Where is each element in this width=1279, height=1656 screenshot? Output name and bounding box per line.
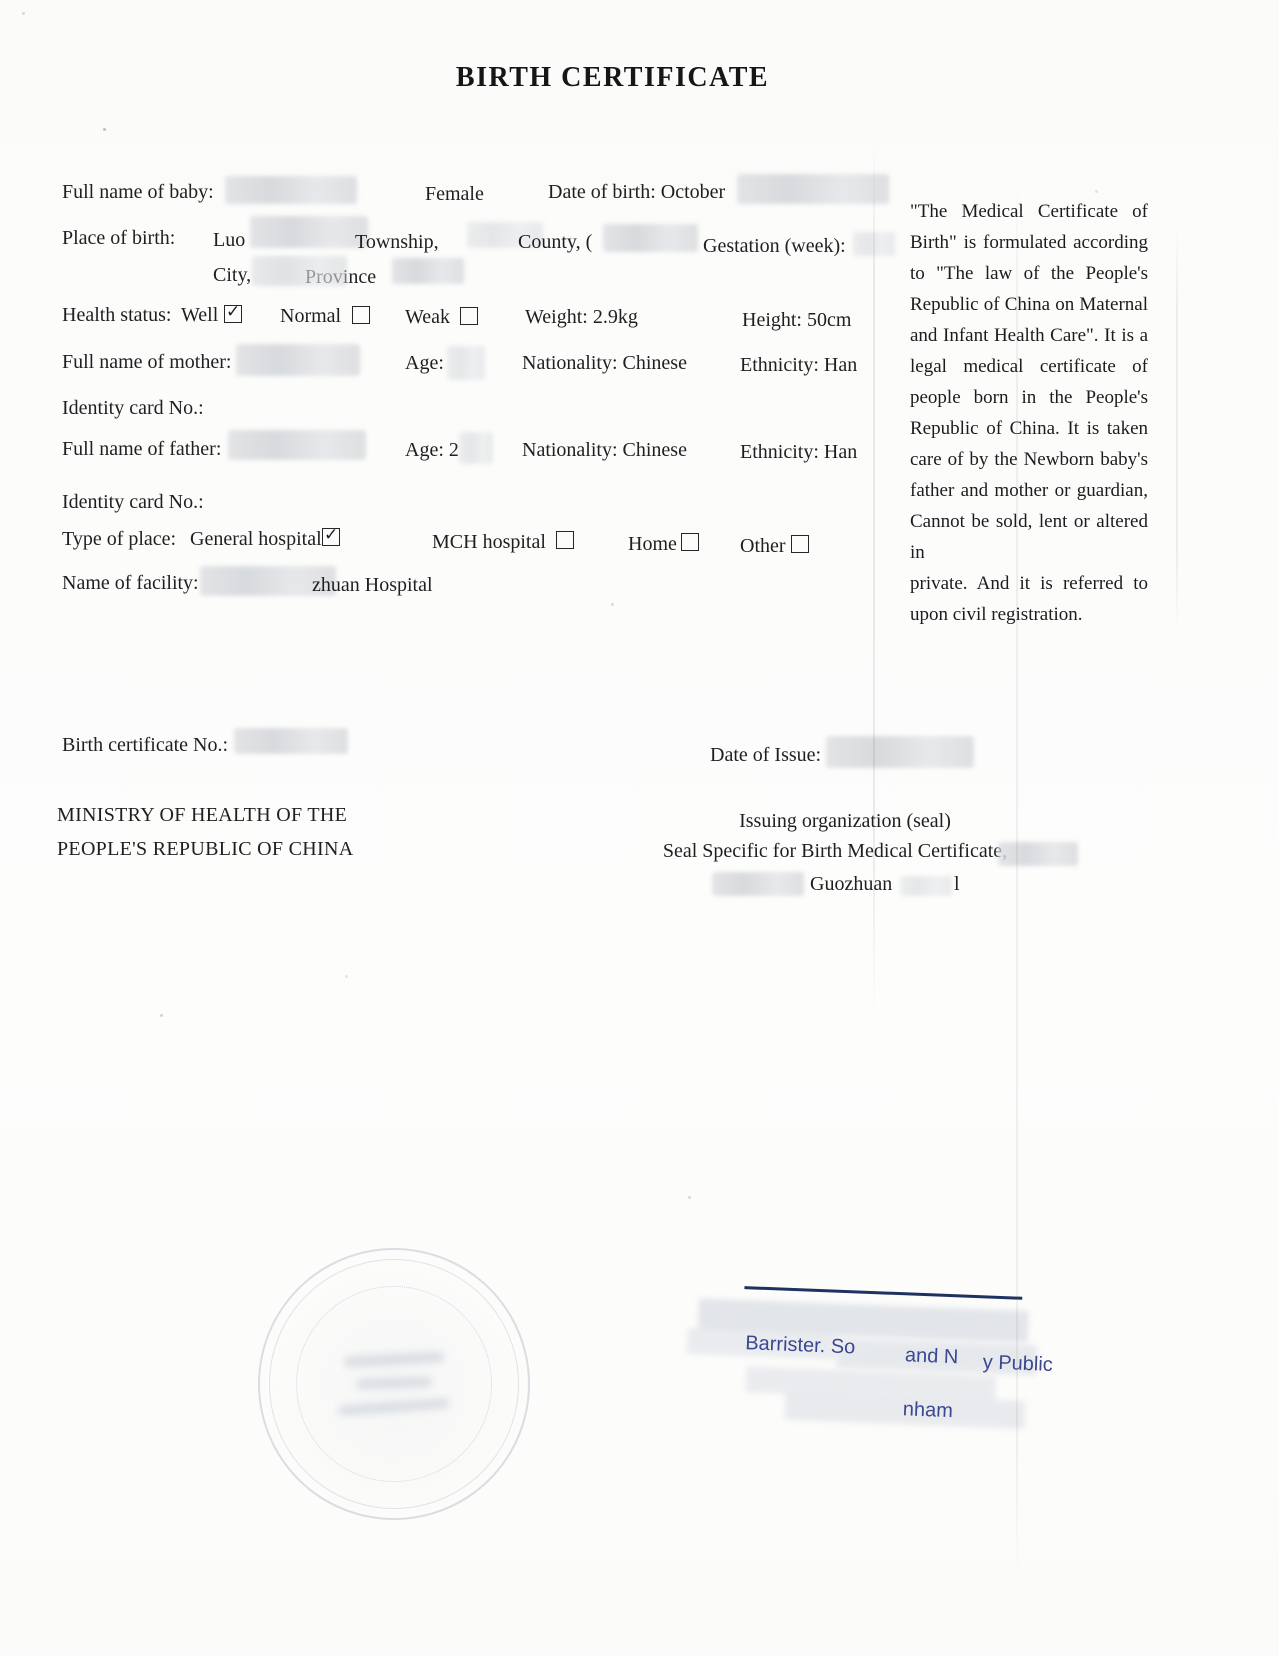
weak-checkbox bbox=[460, 307, 478, 325]
father-ethnicity: Ethnicity: Han bbox=[740, 440, 857, 464]
notice-paragraph: "The Medical Certificate ofBirth" is for… bbox=[910, 196, 1148, 630]
father-identity-label: Identity card No.: bbox=[62, 490, 204, 514]
mother-nationality: Nationality: Chinese bbox=[522, 351, 687, 375]
mother-name-redaction bbox=[236, 344, 360, 376]
facility-label: Name of facility: bbox=[62, 571, 199, 595]
type-option-other-label: Other bbox=[740, 534, 786, 558]
dob-label: Date of birth: October bbox=[548, 180, 725, 204]
normal-checkbox bbox=[352, 306, 370, 324]
mother-identity-label: Identity card No.: bbox=[62, 396, 204, 420]
place-fragment: Luo bbox=[213, 228, 245, 252]
seal-org-redaction-2 bbox=[900, 876, 952, 896]
seal-org-redaction-1 bbox=[712, 872, 804, 896]
mother-ethnicity: Ethnicity: Han bbox=[740, 353, 857, 377]
father-name-label: Full name of father: bbox=[62, 437, 221, 461]
cert-no-label: Birth certificate No.: bbox=[62, 733, 228, 757]
page-title: BIRTH CERTIFICATE bbox=[0, 62, 1225, 94]
notary-name-fragment: nham bbox=[902, 1398, 953, 1423]
height-value: Height: 50cm bbox=[742, 308, 851, 332]
type-of-place-label: Type of place: bbox=[62, 527, 176, 551]
father-age-redaction bbox=[459, 432, 493, 464]
county-redaction bbox=[603, 224, 698, 252]
gestation-label: Gestation (week): bbox=[703, 234, 846, 258]
embossed-notary-seal bbox=[258, 1248, 530, 1520]
scan-speck bbox=[22, 12, 25, 15]
scan-speck bbox=[611, 603, 614, 606]
notary-signature-line bbox=[744, 1286, 1022, 1300]
mother-age-label: Age: bbox=[405, 351, 444, 375]
notary-title-fragment-1: Barrister. So bbox=[745, 1332, 856, 1359]
mch-hospital-checkbox bbox=[556, 531, 574, 549]
paper-crease bbox=[1176, 230, 1178, 630]
well-checkbox bbox=[224, 305, 242, 323]
type-option-general-label: General hospital bbox=[190, 527, 322, 551]
father-nationality: Nationality: Chinese bbox=[522, 438, 687, 462]
father-name-redaction bbox=[228, 430, 366, 460]
county-label: County, ( bbox=[518, 230, 592, 254]
mother-name-label: Full name of mother: bbox=[62, 350, 231, 374]
health-option-normal-label: Normal bbox=[280, 304, 341, 328]
scan-speck bbox=[688, 1196, 691, 1199]
scan-speck bbox=[345, 975, 348, 978]
home-checkbox bbox=[681, 533, 699, 551]
seal-org-fragment: Guozhuan bbox=[810, 872, 892, 896]
dob-redaction bbox=[737, 174, 889, 204]
baby-name-label: Full name of baby: bbox=[62, 180, 214, 204]
type-option-mch-label: MCH hospital bbox=[432, 530, 546, 554]
notary-title-fragment-2: and N bbox=[904, 1344, 958, 1369]
health-option-well-label: Well bbox=[181, 303, 218, 327]
place-redaction-1 bbox=[250, 216, 368, 248]
seal-line-redaction bbox=[998, 842, 1078, 866]
township-label: Township, bbox=[355, 230, 439, 254]
seal-org-tail: l bbox=[954, 872, 960, 896]
gestation-redaction bbox=[853, 232, 895, 256]
notary-stamp-block: Barrister. So and N y Public nham bbox=[683, 1272, 1069, 1456]
health-status-label: Health status: bbox=[62, 303, 171, 327]
mother-age-redaction bbox=[447, 346, 485, 380]
date-of-issue-label: Date of Issue: bbox=[710, 743, 821, 767]
scan-speck bbox=[103, 128, 106, 131]
father-age-label: Age: 2 bbox=[405, 438, 459, 462]
type-option-home-label: Home bbox=[628, 532, 677, 556]
sex-value: Female bbox=[425, 182, 484, 206]
scan-speck bbox=[160, 1014, 163, 1017]
birth-certificate-page: BIRTH CERTIFICATE Full name of baby: Fem… bbox=[0, 0, 1279, 1656]
health-option-weak-label: Weak bbox=[405, 305, 450, 329]
scan-speck bbox=[90, 842, 93, 845]
province-redaction-1 bbox=[252, 256, 347, 286]
weight-value: Weight: 2.9kg bbox=[525, 305, 638, 329]
cert-no-redaction bbox=[234, 728, 348, 754]
other-checkbox bbox=[791, 535, 809, 553]
issuing-org-label: Issuing organization (seal) bbox=[620, 810, 1070, 833]
province-redaction-2 bbox=[392, 258, 464, 284]
baby-name-redaction bbox=[225, 176, 357, 204]
ministry-block: MINISTRY OF HEALTH OF THEPEOPLE'S REPUBL… bbox=[57, 798, 353, 866]
general-hospital-checkbox bbox=[322, 528, 340, 546]
place-of-birth-label: Place of birth: bbox=[62, 226, 175, 250]
notary-title-fragment-3: y Public bbox=[982, 1351, 1053, 1377]
scan-speck bbox=[1095, 190, 1098, 193]
facility-fragment: zhuan Hospital bbox=[312, 573, 433, 597]
date-of-issue-redaction bbox=[826, 736, 974, 768]
city-label: City, bbox=[213, 263, 251, 287]
